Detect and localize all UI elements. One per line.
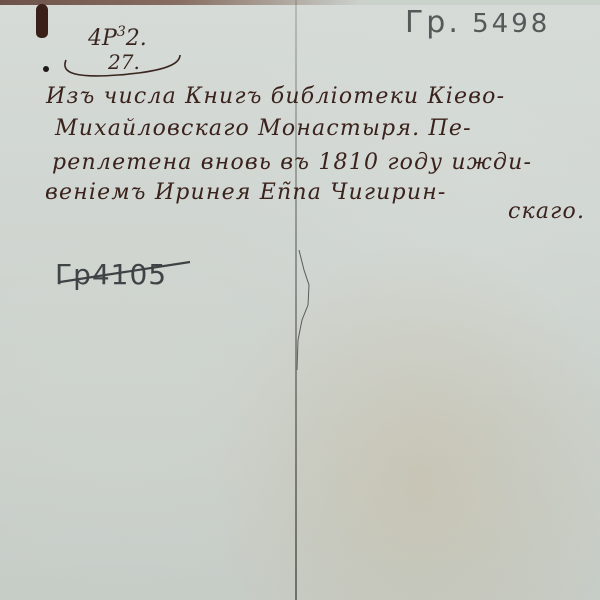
inscription-line-5: скаго. — [508, 199, 585, 224]
strike-through-line — [60, 250, 200, 290]
pencil-catalog-number: Гр. 5498 — [405, 5, 550, 40]
inscription-line-1: Изъ числа Книгъ библіотеки Кіево- — [46, 84, 505, 109]
shelfmark-line-1: 4P32. — [88, 25, 147, 50]
shelfmark-code-end: 2. — [126, 26, 147, 51]
inscription-line-3: реплетена вновь въ 1810 году ижди- — [52, 150, 532, 175]
pencil-prefix: Гр. — [405, 5, 461, 40]
paper-crack — [296, 250, 316, 370]
shelfmark-superscript: 3 — [117, 24, 126, 40]
ink-dot — [43, 66, 49, 72]
inscription-line-4: веніемъ Иринея Еп̃па Чигирин- — [45, 180, 447, 205]
inscription-line-2: Михайловскаго Монастыря. Пе- — [55, 116, 472, 141]
shelfmark-code: 4P — [88, 26, 117, 51]
ink-blot — [36, 4, 48, 38]
shelfmark-underline — [58, 52, 188, 82]
pencil-number: 5498 — [472, 9, 550, 39]
